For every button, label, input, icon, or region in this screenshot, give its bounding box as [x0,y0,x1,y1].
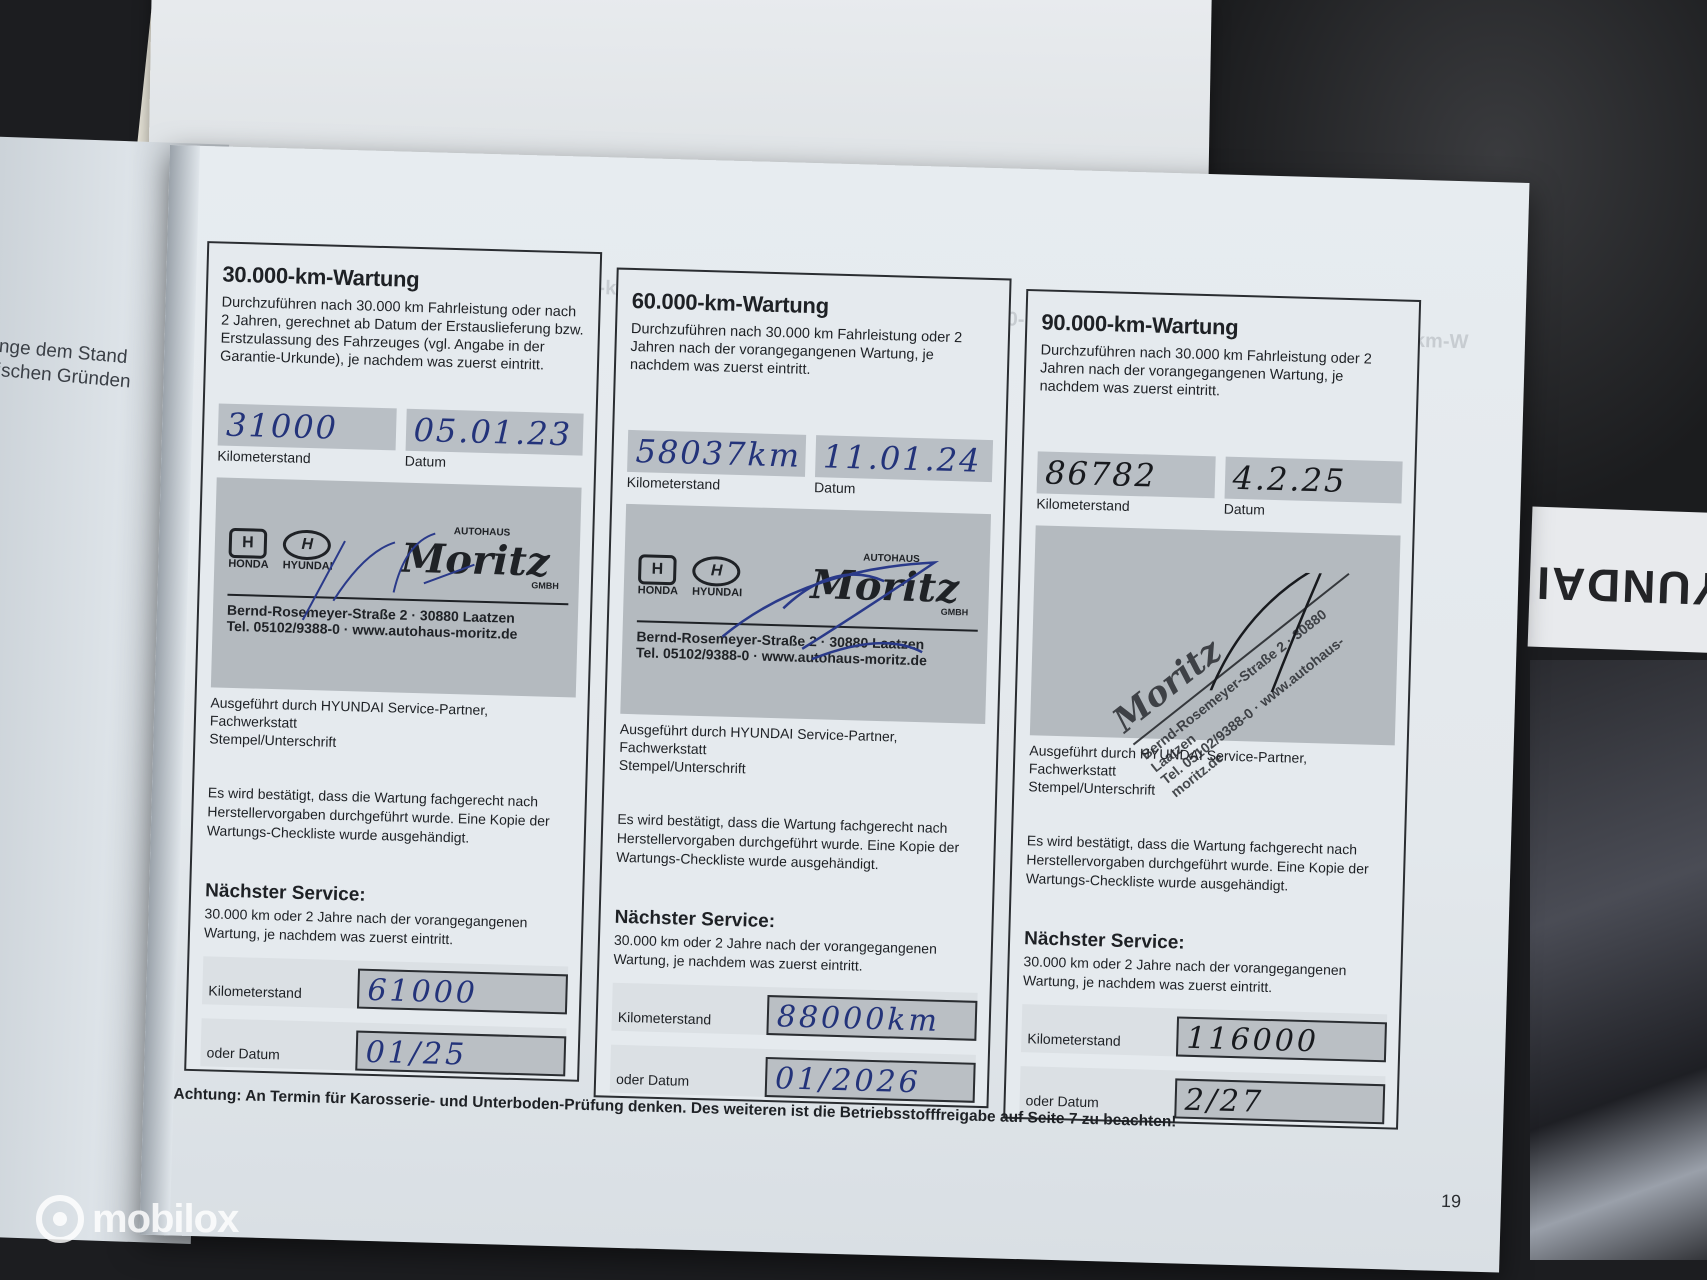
stamp-area: Moritz Bernd-Rosemeyer-Straße 2 · 30880 … [1030,525,1401,745]
date-field[interactable]: 05.01.23 Datum [405,409,584,474]
next-date-row: oder Datum 01/25 [200,1018,566,1076]
mileage-value: 86782 [1037,451,1216,498]
next-service-text: 30.000 km oder 2 Jahre nach der vorangeg… [204,904,570,952]
mileage-label: Kilometerstand [627,474,805,495]
date-label: Datum [405,453,583,474]
mileage-field[interactable]: 58037km Kilometerstand [627,430,806,495]
next-service-text: 30.000 km oder 2 Jahre nach der vorangeg… [613,931,979,979]
mileage-field[interactable]: 86782 Kilometerstand [1036,451,1215,516]
next-mileage-field[interactable]: 88000km [766,995,977,1041]
signature-icon [682,546,945,673]
service-card-60000: 60.000-km-Wartung Durchzuführen nach 30.… [594,268,1012,1109]
date-field[interactable]: 4.2.25 Datum [1224,457,1403,522]
service-booklet-page: 180.000-km-Wartung 150.000-km-Wartung 12… [140,145,1530,1273]
next-date-field[interactable]: 01/25 [355,1031,566,1077]
service-description: Durchzuführen nach 30.000 km Fahrleistun… [219,294,586,394]
date-field[interactable]: 11.01.24 Datum [814,435,993,500]
date-label: Datum [1224,501,1402,522]
next-date-row: oder Datum 01/2026 [610,1045,976,1103]
date-value: 05.01.23 [405,409,584,456]
mileage-value: 58037km [627,430,806,477]
honda-logo-icon: H [228,528,267,559]
signature-icon [272,519,535,646]
hyundai-card-brand: HYUNDAI [1534,556,1707,618]
date-value: 11.01.24 [814,435,993,482]
confirmation-text: Es wird bestätigt, dass die Wartung fach… [1026,831,1392,898]
service-card-30000: 30.000-km-Wartung Durchzuführen nach 30.… [184,241,602,1082]
honda-logo-icon: H [638,554,677,585]
next-mileage-row: Kilometerstand 116000 [1021,1004,1387,1062]
date-label: Datum [814,479,992,500]
watermark-text: mobilox [92,1197,238,1242]
watermark: mobilox [36,1195,238,1243]
next-service-text: 30.000 km oder 2 Jahre nach der vorangeg… [1023,952,1389,1000]
next-mileage-row: Kilometerstand 61000 [202,956,568,1014]
next-mileage-field[interactable]: 61000 [357,969,568,1015]
next-mileage-row: Kilometerstand 88000km [611,983,977,1041]
confirmation-text: Es wird bestätigt, dass die Wartung fach… [616,810,982,877]
mileage-field[interactable]: 31000 Kilometerstand [217,403,396,468]
next-date-field[interactable]: 01/2026 [765,1057,976,1103]
mileage-label: Kilometerstand [1036,495,1214,516]
service-card-90000: 90.000-km-Wartung Durchzuführen nach 30.… [1003,289,1421,1130]
signature-icon [1141,568,1404,695]
next-date-field[interactable]: 2/27 [1174,1078,1385,1124]
page-number: 19 [1441,1191,1462,1213]
mobilox-logo-icon [36,1195,84,1243]
confirmation-text: Es wird bestätigt, dass die Wartung fach… [207,783,573,850]
date-value: 4.2.25 [1224,457,1403,504]
mileage-label: Kilometerstand [217,447,395,468]
service-description: Durchzuführen nach 30.000 km Fahrleistun… [1038,341,1405,441]
service-title: 90.000-km-Wartung [1041,309,1407,345]
service-title: 30.000-km-Wartung [222,262,588,298]
dark-brochure [1530,660,1707,1260]
stamp-area: HHONDA HHYUNDAI AUTOHAUS Moritz GMBH Ber… [211,477,582,697]
next-mileage-field[interactable]: 116000 [1176,1016,1387,1062]
service-description: Durchzuführen nach 30.000 km Fahrleistun… [629,320,996,420]
stamp-area: HHONDA HHYUNDAI AUTOHAUS Moritz GMBH Ber… [620,504,991,724]
mileage-value: 31000 [218,403,397,450]
service-title: 60.000-km-Wartung [631,288,997,324]
photo-scene: HYUNDAI nge dem Stand ischen Gründen 180… [0,0,1707,1280]
